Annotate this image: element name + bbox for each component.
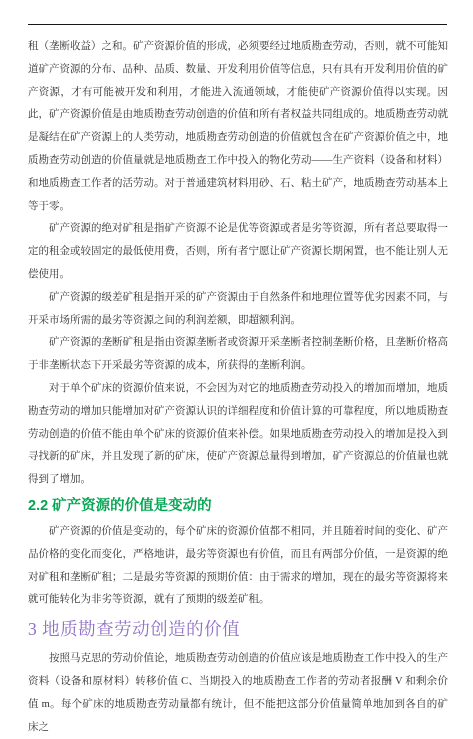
paragraph-differential-rent: 矿产资源的级差矿租是指开采的矿产资源由于自然条件和地理位置等优劣因素不同，与开采… [28,287,448,333]
paragraph-labor-value-theory: 按照马克思的劳动价值论，地质勘查劳动创造的价值应该是地质勘查工作中投入的生产资料… [28,648,448,739]
paragraph-value-is-variable: 矿产资源的价值是变动的，每个矿床的资源价值都不相同，并且随着时间的变化、矿产品价… [28,521,448,612]
section-heading-3: 3 地质勘查劳动创造的价值 [28,616,448,643]
page-header-rule [28,24,447,25]
document-content: 租（垄断收益）之和。矿产资源价值的形成，必须要经过地质勘查劳动，否则，就不可能知… [28,36,448,739]
paragraph-absolute-rent: 矿产资源的绝对矿租是指矿产资源不论是优等资源或者是劣等资源，所有者总要取得一定的… [28,218,448,286]
paragraph-mineral-value-formation: 租（垄断收益）之和。矿产资源价值的形成，必须要经过地质勘查劳动，否则，就不可能知… [28,36,448,218]
section-heading-2-2: 2.2 矿产资源的价值是变动的 [28,494,448,518]
paragraph-single-deposit-value: 对于单个矿床的资源价值来说，不会因为对它的地质勘查劳动投入的增加而增加，地质勘查… [28,378,448,492]
paragraph-monopoly-rent: 矿产资源的垄断矿租是指由资源垄断者或资源开采垄断者控制垄断价格，且垄断价格高于非… [28,332,448,378]
document-page: 租（垄断收益）之和。矿产资源价值的形成，必须要经过地质勘查劳动，否则，就不可能知… [0,0,473,739]
